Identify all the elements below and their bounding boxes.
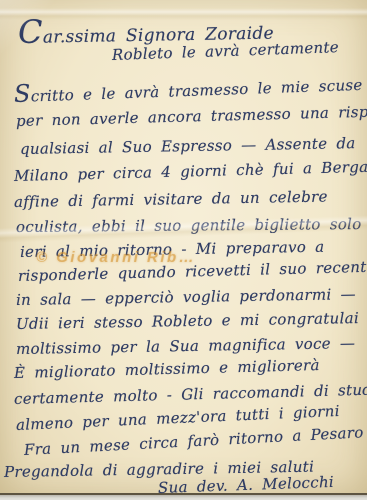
letter-line: moltissimo per la Sua magnifica voce — [16,334,356,358]
letter-line: Udii ieri stesso Robleto e mi congratula… [16,309,359,333]
copyright-watermark: © Giovanni Rib… [36,249,346,266]
letter-line: affine di farmi visitare da un celebre [14,188,328,211]
letter-line: oculista, ebbi il suo gentile biglietto … [16,215,362,236]
letter-line: qualsiasi al Suo Espresso — Assente da [20,134,356,158]
letter-line: Milano per circa 4 giorni chè fui a Berg… [14,157,367,185]
photo-bottom-edge [0,495,367,500]
letter-line: Scritto e le avrà trasmesso le mie scuse [14,68,363,108]
letter-page: Car.ssima Signora Zoraide Robleto le avr… [0,0,367,495]
letter-line: in sala — epperciò voglia perdonarmi — [16,285,356,309]
letter-photo: Car.ssima Signora Zoraide Robleto le avr… [0,0,367,500]
letter-line: È migliorato moltissimo e migliorerà [14,356,320,382]
letter-line: per non averle ancora trasmesso una risp… [16,102,367,130]
